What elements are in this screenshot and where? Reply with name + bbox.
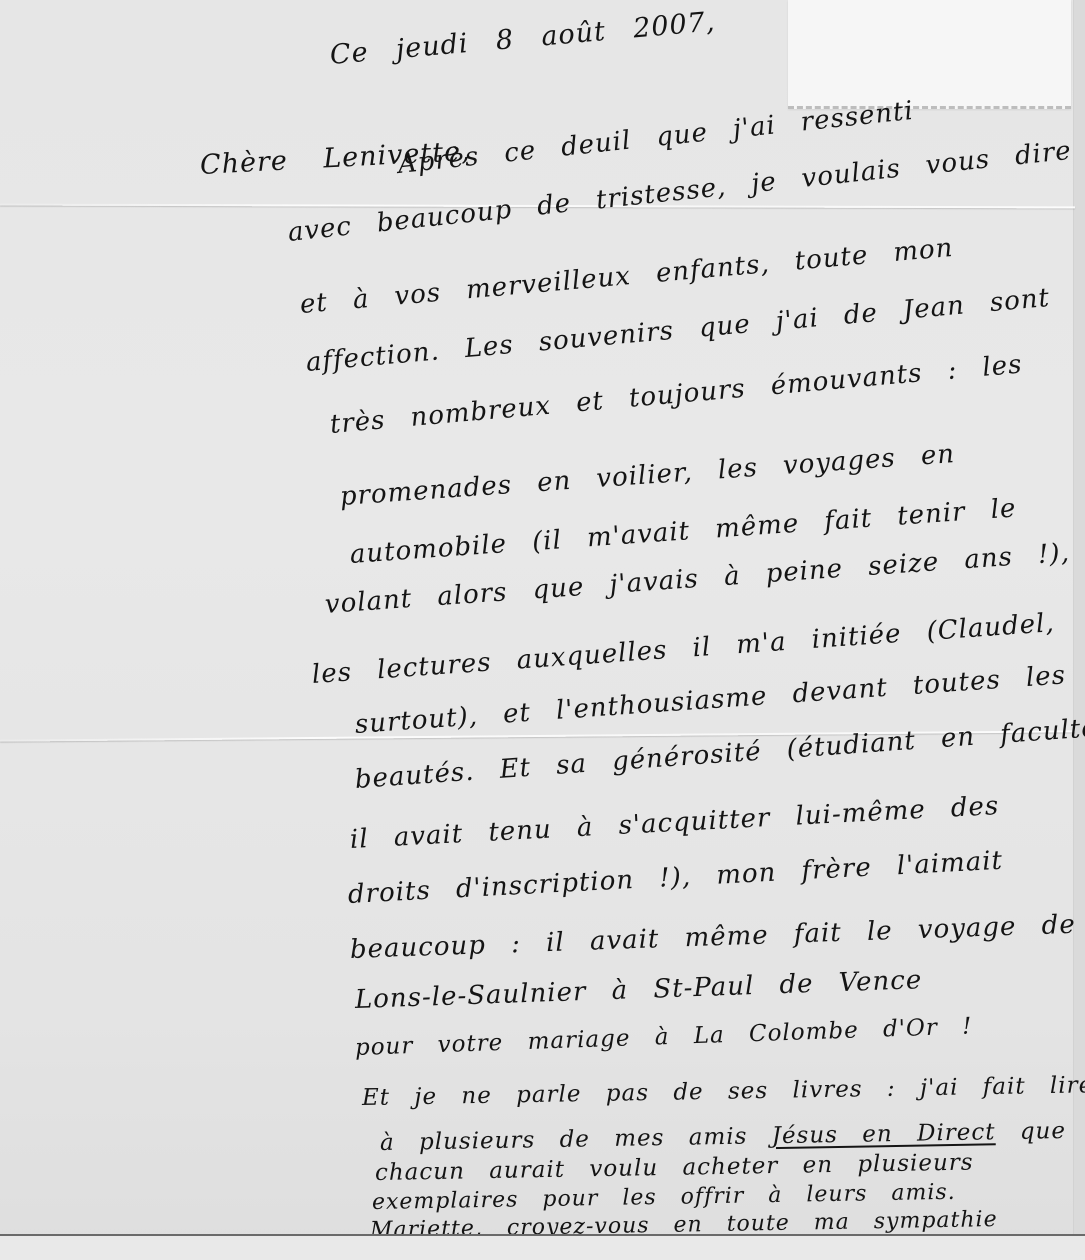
- page-right-margin: [1073, 0, 1085, 1238]
- scanned-letter-page: Ce jeudi 8 août 2007, Chère Lenivette, A…: [0, 0, 1085, 1260]
- book-title: Jésus en Direct: [772, 1119, 996, 1149]
- letter-line: pour votre mariage à La Colombe d'Or !: [355, 1013, 973, 1061]
- letter-date: Ce jeudi 8 août 2007,: [329, 6, 717, 71]
- taped-paper-strip: [788, 0, 1071, 109]
- letter-line: Et je ne parle pas de ses livres : j'ai …: [362, 1072, 1085, 1111]
- letter-line: il avait tenu à s'acquitter lui-même des: [349, 791, 1000, 855]
- letter-text: que: [1020, 1118, 1067, 1145]
- letter-text: à plusieurs de mes amis: [380, 1124, 748, 1156]
- letter-line: beaucoup : il avait même fait le voyage …: [349, 910, 1076, 965]
- page-bottom-edge: [0, 1234, 1085, 1260]
- letter-line: Lons-le-Saulnier à St-Paul de Vence: [354, 965, 922, 1015]
- letter-line: droits d'inscription !), mon frère l'aim…: [347, 846, 1003, 910]
- letter-line: promenades en voilier, les voyages en: [339, 439, 956, 512]
